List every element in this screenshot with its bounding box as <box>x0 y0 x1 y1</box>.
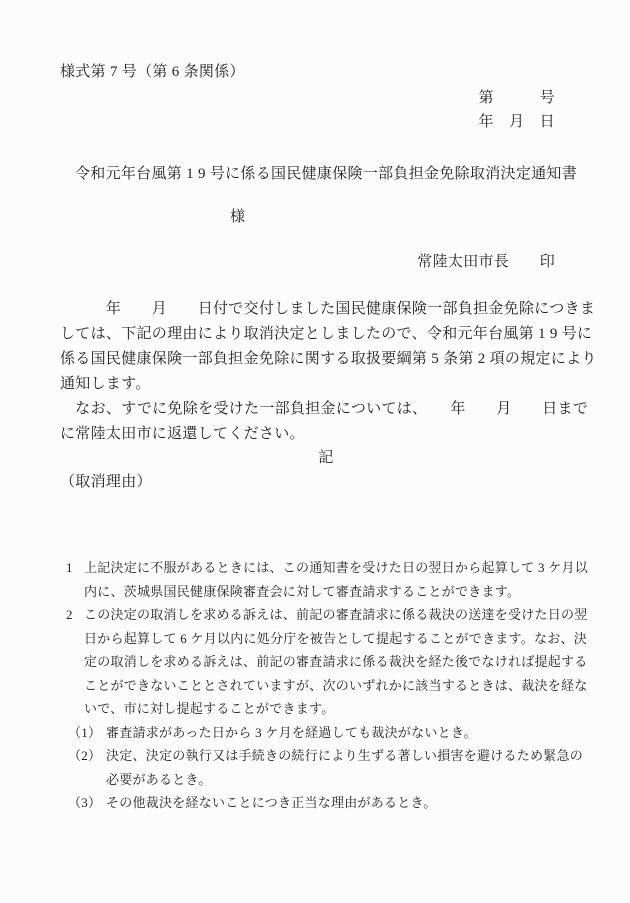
cancellation-reason-label: （取消理由） <box>60 470 592 495</box>
note-line: 日から起算して 6 ケ月以内に処分庁を被告として提起することができます。なお、決 <box>84 627 592 651</box>
note-number: 2 <box>60 603 84 627</box>
body-line: しては、下記の理由により取消決定としましたので、令和元年台風第 1 9 号に <box>60 322 592 347</box>
note-item-2: 2 この決定の取消しを求める訴えは、前記の審査請求に係る裁決の送達を受けた日の翌… <box>60 603 592 721</box>
sub-note-3: （3） その他裁決を経ないことにつき正当な理由があるとき。 <box>60 791 592 815</box>
body-line: なお、すでに免除を受けた一部負担金については、 年 月 日まで <box>60 397 592 422</box>
document-title: 令和元年台風第 1 9 号に係る国民健康保険一部負担金免除取消決定通知書 <box>60 162 592 187</box>
sub-note-text: 決定、決定の執行又は手続きの続行により生ずる著しい損害を避けるため緊急の 必要が… <box>106 744 592 791</box>
notification-document-page: 様式第 7 号（第 6 条関係） 第 号 年 月 日 令和元年台風第 1 9 号… <box>0 0 630 903</box>
note-line: 定の取消しを求める訴えは、前記の審査請求に係る裁決を経た後でなければ提起する <box>84 650 592 674</box>
note-line: この決定の取消しを求める訴えは、前記の審査請求に係る裁決の送達を受けた日の翌 <box>84 603 592 627</box>
note-text: 上記決定に不服があるときには、この通知書を受けた日の翌日から起算して 3 ケ月以… <box>84 556 592 603</box>
body-line: 通知します。 <box>60 372 592 397</box>
body-line: 年 月 日付で交付しました国民健康保険一部負担金免除につきま <box>60 297 592 322</box>
notification-body: 年 月 日付で交付しました国民健康保険一部負担金免除につきま しては、下記の理由… <box>60 297 592 447</box>
body-line: 係る国民健康保険一部負担金免除に関する取扱要綱第 5 条第 2 項の規定により <box>60 347 592 372</box>
note-line: ことができないこととされていますが、次のいずれかに該当するときは、裁決を経な <box>84 674 592 698</box>
sub-note-text: 審査請求があった日から 3 ケ月を経過しても裁決がないとき。 <box>106 721 592 745</box>
note-text: この決定の取消しを求める訴えは、前記の審査請求に係る裁決の送達を受けた日の翌 日… <box>84 603 592 721</box>
addressee-honorific: 様 <box>60 205 592 230</box>
sub-note-line: その他裁決を経ないことにつき正当な理由があるとき。 <box>106 791 592 815</box>
note-line: いで、市に対し提起することができます。 <box>84 697 592 721</box>
sub-note-number: （3） <box>68 791 106 815</box>
sub-note-2: （2） 決定、決定の執行又は手続きの続行により生ずる著しい損害を避けるため緊急の… <box>60 744 592 791</box>
note-line: 内に、茨城県国民健康保険審査会に対して審査請求することができます。 <box>84 580 592 604</box>
body-line: に常陸太田市に返還してください。 <box>60 422 592 447</box>
note-line: 上記決定に不服があるときには、この通知書を受けた日の翌日から起算して 3 ケ月以 <box>84 556 592 580</box>
sub-note-line: 審査請求があった日から 3 ケ月を経過しても裁決がないとき。 <box>106 721 592 745</box>
ki-section-marker: 記 <box>60 447 592 470</box>
sub-note-number: （2） <box>68 744 106 768</box>
appeal-notes-section: 1 上記決定に不服があるときには、この通知書を受けた日の翌日から起算して 3 ケ… <box>60 556 592 815</box>
sub-note-1: （1） 審査請求があった日から 3 ケ月を経過しても裁決がないとき。 <box>60 721 592 745</box>
sub-note-text: その他裁決を経ないことにつき正当な理由があるとき。 <box>106 791 592 815</box>
sub-note-line: 必要があるとき。 <box>106 768 592 792</box>
issue-date-line: 年 月 日 <box>60 110 592 134</box>
form-number-label: 様式第 7 号（第 6 条関係） <box>60 62 592 82</box>
issuer-mayor-seal-line: 常陸太田市長 印 <box>60 250 592 275</box>
note-number: 1 <box>60 556 84 580</box>
sub-note-number: （1） <box>68 721 106 745</box>
note-item-1: 1 上記決定に不服があるときには、この通知書を受けた日の翌日から起算して 3 ケ… <box>60 556 592 603</box>
sub-note-line: 決定、決定の執行又は手続きの続行により生ずる著しい損害を避けるため緊急の <box>106 744 592 768</box>
document-number-line: 第 号 <box>60 86 592 110</box>
